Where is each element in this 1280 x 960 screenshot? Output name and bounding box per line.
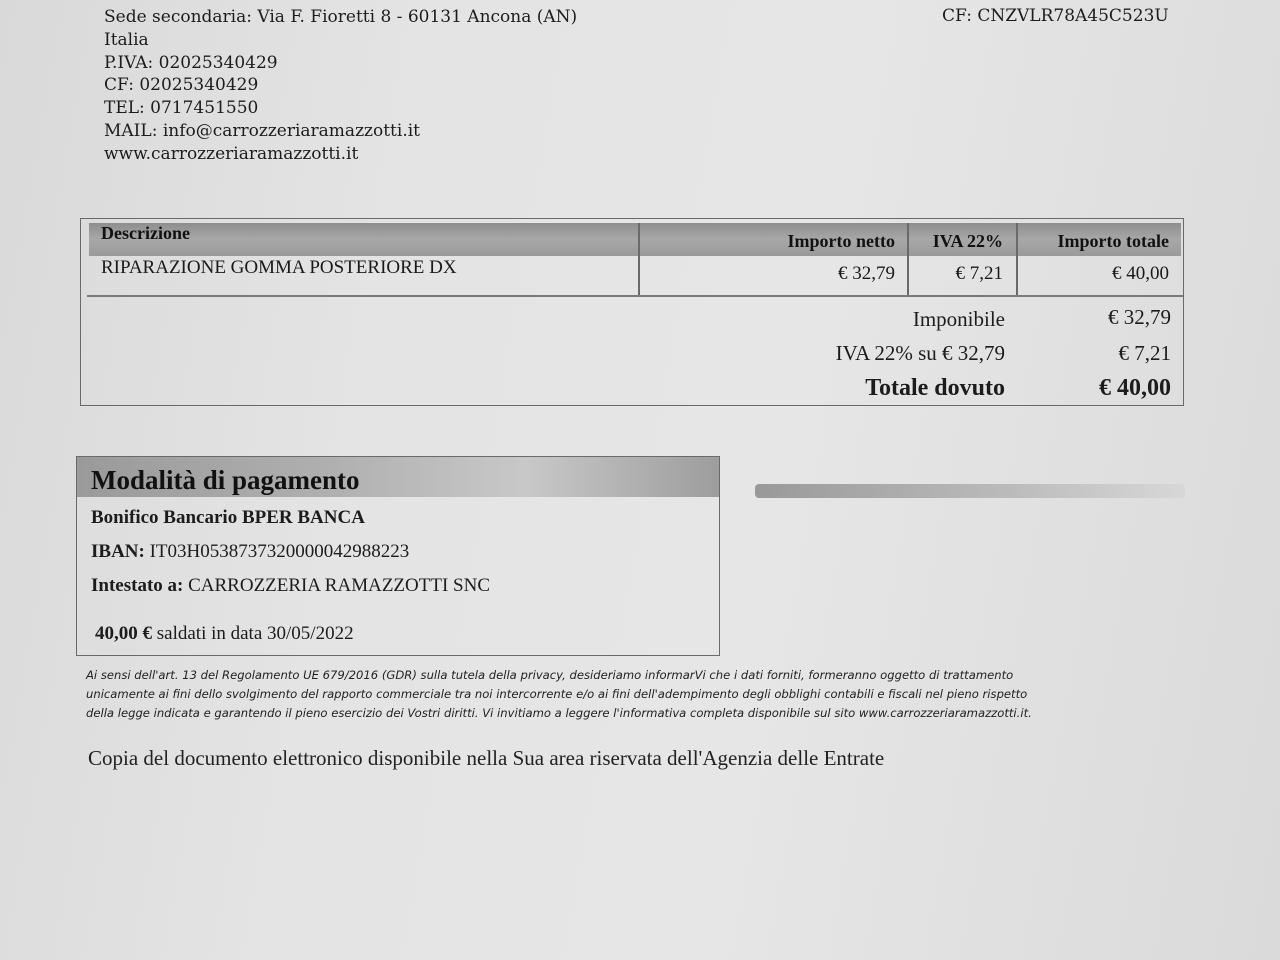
items-table: Descrizione Importo netto IVA 22% Import… bbox=[80, 218, 1184, 406]
iva-value: € 7,21 bbox=[1119, 341, 1172, 366]
issuer-tel: TEL: 0717451550 bbox=[104, 97, 577, 120]
total-value: € 40,00 bbox=[1099, 375, 1171, 402]
payment-method: Bonifico Bancario BPER BANCA bbox=[91, 507, 365, 529]
header-importo-totale: Importo totale bbox=[1058, 231, 1169, 252]
issuer-address: Sede secondaria: Via F. Fioretti 8 - 601… bbox=[104, 6, 577, 29]
item-net: € 32,79 bbox=[838, 263, 895, 285]
item-vat: € 7,21 bbox=[956, 263, 1004, 285]
item-total: € 40,00 bbox=[1112, 263, 1169, 285]
header-importo-netto: Importo netto bbox=[788, 231, 895, 252]
electronic-copy-note: Copia del documento elettronico disponib… bbox=[88, 746, 884, 771]
payment-title: Modalità di pagamento bbox=[91, 465, 360, 496]
privacy-notice: Ai sensi dell'art. 13 del Regolamento UE… bbox=[86, 666, 1186, 723]
issuer-piva: P.IVA: 02025340429 bbox=[104, 52, 577, 75]
issuer-cf: CF: 02025340429 bbox=[104, 74, 577, 97]
header-descrizione: Descrizione bbox=[101, 223, 190, 244]
payment-holder: Intestato a: CARROZZERIA RAMAZZOTTI SNC bbox=[91, 575, 490, 597]
header-iva: IVA 22% bbox=[933, 231, 1003, 252]
scan-smear bbox=[755, 484, 1185, 498]
payment-iban: IBAN: IT03H0538737320000042988223 bbox=[91, 541, 409, 563]
issuer-info: Sede secondaria: Via F. Fioretti 8 - 601… bbox=[104, 6, 577, 166]
iva-label: IVA 22% su € 32,79 bbox=[836, 341, 1005, 366]
client-cf: CF: CNZVLR78A45C523U bbox=[942, 6, 1169, 26]
issuer-mail: MAIL: info@carrozzeriaramazzotti.it bbox=[104, 120, 577, 143]
row-divider bbox=[87, 295, 1183, 297]
column-divider bbox=[907, 223, 909, 297]
column-divider bbox=[1016, 223, 1018, 297]
issuer-country: Italia bbox=[104, 29, 577, 52]
imponibile-value: € 32,79 bbox=[1108, 305, 1171, 330]
payment-paid: 40,00 € saldati in data 30/05/2022 bbox=[95, 623, 354, 645]
total-label: Totale dovuto bbox=[865, 375, 1005, 402]
column-divider bbox=[638, 223, 640, 297]
issuer-website: www.carrozzeriaramazzotti.it bbox=[104, 143, 577, 166]
imponibile-label: Imponibile bbox=[913, 307, 1005, 332]
item-description: RIPARAZIONE GOMMA POSTERIORE DX bbox=[101, 257, 457, 279]
payment-box: Modalità di pagamento Bonifico Bancario … bbox=[76, 456, 720, 656]
invoice-page: Sede secondaria: Via F. Fioretti 8 - 601… bbox=[0, 0, 1280, 960]
